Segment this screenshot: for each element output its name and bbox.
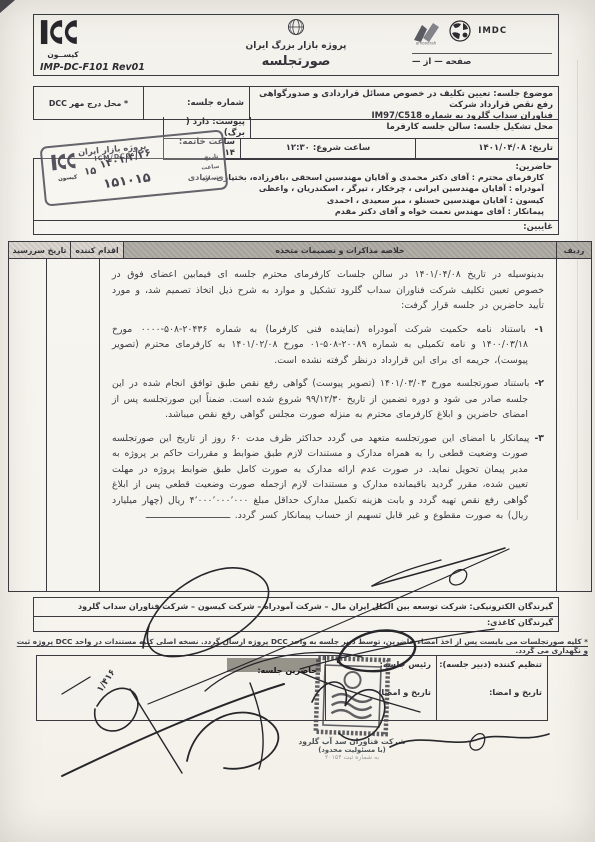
attendees-sign-cell: حاضرین جلسه: bbox=[37, 656, 325, 720]
item-number: ۱- bbox=[534, 324, 544, 335]
absentees-label: غایبین: bbox=[34, 219, 558, 234]
company-stamp bbox=[313, 655, 392, 738]
header-right-block: amoodrah IMDC صفحه — از — bbox=[412, 19, 552, 67]
actor-cell bbox=[46, 259, 99, 591]
company-stamp-registration: به شماره ثبت ۲۰۱۵۴ bbox=[294, 754, 410, 761]
icc-stamp-number-label: شماره bbox=[202, 175, 221, 183]
location-cell: محل تشکیل جلسه: سالن جلسه کارفرما bbox=[250, 117, 558, 138]
icc-stamp-logo-caption: کیسون bbox=[50, 174, 84, 183]
minutes-table: ردیف خلاصه مذاکرات و تصمیمات متخذه اقدام… bbox=[8, 241, 592, 592]
company-stamp-type: (با مسئولیت محدود) bbox=[294, 746, 410, 754]
icc-logo-small bbox=[50, 151, 82, 173]
company-stamp-name: شرکت فناوران سد آب گلرود bbox=[294, 737, 410, 746]
info-row-subject: موضوع جلسه: تعیین تکلیف در خصوص مسائل قر… bbox=[33, 86, 559, 120]
imdc-label: IMDC bbox=[478, 26, 507, 36]
col-summary: خلاصه مذاکرات و تصمیمات متخذه bbox=[123, 242, 556, 258]
minutes-header-row: ردیف خلاصه مذاکرات و تصمیمات متخذه اقدام… bbox=[9, 242, 591, 259]
col-due-date: تاریخ سررسید bbox=[9, 242, 70, 258]
date-cell: تاریخ: ۱۴۰۱/۰۴/۰۸ bbox=[415, 138, 558, 159]
start-time-cell: ساعت شروع: ۱۲:۳۰ bbox=[240, 138, 415, 159]
amoodrah-logo: amoodrah bbox=[412, 21, 442, 45]
col-actor: اقدام کننده bbox=[70, 242, 123, 258]
minutes-item-1: ۱- باستناد نامه حکمیت شرکت آمودراه (نمای… bbox=[112, 322, 544, 369]
col-row-number: ردیف bbox=[556, 242, 591, 258]
icc-stamp-time-value: ۱۵ bbox=[84, 166, 97, 178]
dcc-footnote: * کلیه صورتجلسات می بایست پس از اخذ امضا… bbox=[10, 637, 588, 655]
item-text: پیمانکار با امضای این صورتجلسه متعهد می … bbox=[112, 433, 529, 522]
icc-stamp-number-value: ۱۵۱۰۱۵ bbox=[102, 170, 151, 192]
organizer-label: تنظیم کننده (دبیر جلسه): bbox=[437, 656, 547, 669]
dcc-stamp-cell: * محل درج مهر DCC bbox=[34, 87, 143, 119]
paper-recipients-text: گیرندگان کاغذی: bbox=[34, 615, 558, 630]
attendees-sign-label: حاضرین جلسه: bbox=[257, 666, 321, 675]
item-text: باستناد صورتجلسه مورخ ۱۴۰۱/۰۳/۰۳ (تصویر … bbox=[112, 378, 529, 420]
date-sign-label: تاریخ و امضا: bbox=[437, 684, 547, 697]
electronic-recipients-text: گیرندگان الکترونیکی: شرکت توسعه بین المل… bbox=[34, 598, 558, 614]
minutes-body: بدینوسیله در تاریخ ۱۴۰۱/۰۴/۰۸ در سالن جل… bbox=[9, 259, 591, 591]
due-date-cell bbox=[9, 259, 46, 591]
attendees-sign-band: حاضرین جلسه: bbox=[227, 658, 321, 672]
subject-line-1: موضوع جلسه: تعیین تکلیف در خصوص مسائل قر… bbox=[255, 89, 553, 111]
company-stamp-caption: شرکت فناوران سد آب گلرود (با مسئولیت محد… bbox=[294, 737, 410, 761]
imdc-logo bbox=[447, 19, 473, 45]
item-number: ۲- bbox=[534, 378, 544, 389]
scanned-meeting-minutes-page: کیســون IMP-DC-F101 Rev01 پروژه بازار بز… bbox=[0, 0, 595, 842]
minutes-item-2: ۲- باستناد صورتجلسه مورخ ۱۴۰۱/۰۳/۰۳ (تصو… bbox=[112, 376, 544, 423]
project-globe-icon bbox=[286, 18, 306, 36]
page-counter: صفحه — از — bbox=[412, 53, 552, 67]
svg-text:amoodrah: amoodrah bbox=[416, 41, 437, 46]
organizer-cell: تنظیم کننده (دبیر جلسه): تاریخ و امضا: bbox=[436, 656, 547, 720]
icc-stamp-logo-block: کیسون bbox=[48, 151, 85, 183]
scan-corner-artifact bbox=[0, 0, 15, 13]
item-number: ۳- bbox=[534, 433, 544, 444]
signoff-table: تنظیم کننده (دبیر جلسه): تاریخ و امضا: ر… bbox=[36, 655, 548, 721]
row-number-cell bbox=[556, 259, 591, 591]
absentees-row: غایبین: bbox=[33, 219, 559, 235]
minutes-item-3: ۳- پیمانکار با امضای این صورتجلسه متعهد … bbox=[112, 431, 544, 524]
paper-recipients-row: گیرندگان کاغذی: bbox=[33, 615, 559, 632]
attendee-line: پیمانکار : آقای مهندس نعمت خواه و آقای د… bbox=[34, 206, 558, 217]
summary-cell: بدینوسیله در تاریخ ۱۴۰۱/۰۴/۰۸ در سالن جل… bbox=[99, 259, 556, 591]
subject-cell: موضوع جلسه: تعیین تکلیف در خصوص مسائل قر… bbox=[249, 87, 558, 119]
icc-stamp-time-label: ساعت bbox=[201, 164, 219, 172]
icc-stamp-date-label: تاریخ bbox=[204, 154, 219, 161]
item-text: باستناد نامه حکمیت شرکت آمودراه (نماینده… bbox=[112, 324, 528, 366]
minutes-intro: بدینوسیله در تاریخ ۱۴۰۱/۰۴/۰۸ در سالن جل… bbox=[112, 267, 544, 314]
meeting-number-cell: شماره جلسه: bbox=[143, 87, 249, 119]
form-header: کیســون IMP-DC-F101 Rev01 پروژه بازار بز… bbox=[33, 14, 559, 76]
